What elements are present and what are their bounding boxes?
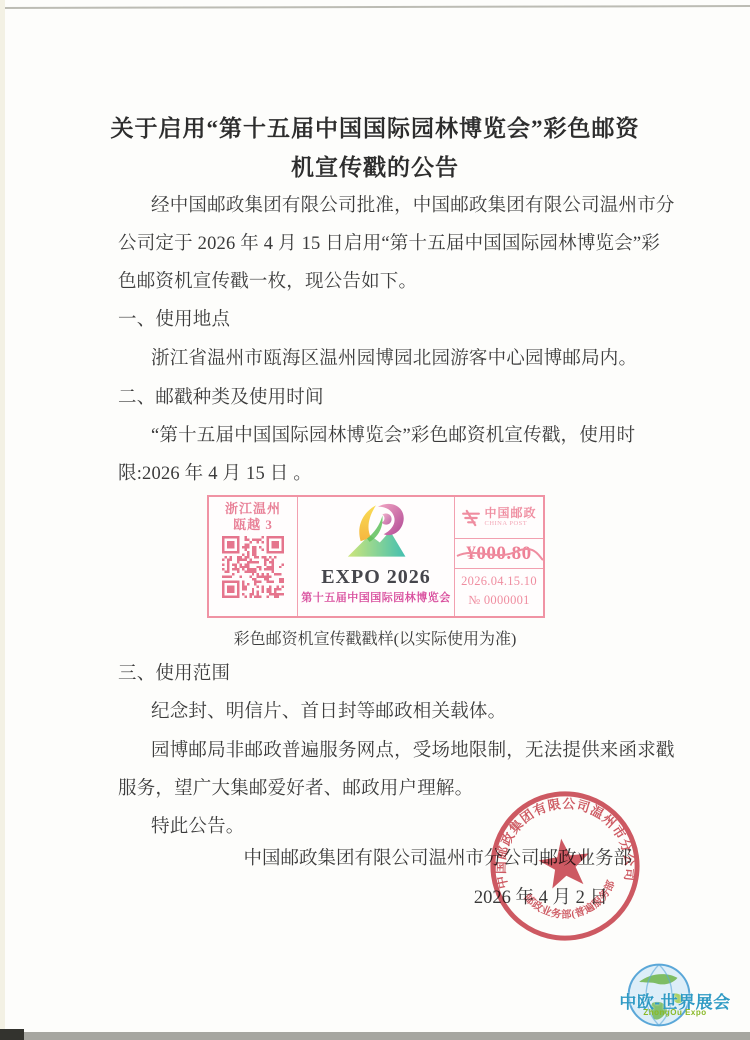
cancellation-scribble-icon [455,539,543,568]
watermark-logo: 中欧-世界展会 ZhongOu Expo [602,958,748,1036]
stamp-meter-block: 中国邮政 CHINA POST ¥000.80 2026.04.15.10 № … [455,497,543,616]
section3-heading: 三、使用范围 [118,662,638,686]
china-post-brand: 中国邮政 CHINA POST [455,497,543,539]
qr-code-icon [222,536,284,598]
stamp-region-line1: 浙江温州 [209,501,297,517]
section3-line: 园博邮局非邮政普遍服务网点，受场地限制，无法提供来函求戳 [118,739,671,763]
section3-line: 纪念封、明信片、首日封等邮政相关载体。 [118,700,671,724]
stamp-datetime: 2026.04.15.10 [455,569,543,589]
section3-line: 服务，望广大集邮爱好者、邮政用户理解。 [118,777,638,801]
stamp-expo-subtitle: 第十五届中国国际园林博览会 [298,589,454,605]
intro-line: 经中国邮政集团有限公司批准，中国邮政集团有限公司温州市分 [118,194,671,218]
scanned-announcement-page: 关于启用“第十五届中国国际园林博览会”彩色邮资 机宣传戳的公告 经中国邮政集团有… [0,0,750,1040]
signature-line: 中国邮政集团有限公司温州市分公司邮政业务部 [243,844,632,870]
stamp-expo-block: EXPO 2026 第十五届中国国际园林博览会 [297,497,455,616]
page-title: 关于启用“第十五届中国国际园林博览会”彩色邮资 [0,110,750,143]
page-title-line2: 机宣传戳的公告 [0,149,750,182]
section1-heading: 一、使用地点 [118,308,638,332]
section1-line: 浙江省温州市瓯海区温州园博园北园游客中心园博邮局内。 [118,347,671,371]
scan-corner-mark [0,1029,24,1040]
stamp-value-row: ¥000.80 [455,539,543,569]
china-post-en-label: CHINA POST [484,521,536,528]
stamp-caption: 彩色邮资机宣传戳戳样(以实际使用为准) [0,626,750,649]
scan-edge-top [0,5,750,9]
stamp-region-block: 浙江温州 瓯越 3 [209,497,297,616]
scan-edge-bottom [0,1032,750,1040]
postage-meter-stamp: 浙江温州 瓯越 3 [207,495,545,618]
china-post-emblem-icon [461,508,481,528]
section2-line: 限:2026 年 4 月 15 日 。 [118,462,638,486]
stamp-region-line2: 瓯越 3 [209,517,297,533]
china-post-cn-label: 中国邮政 [484,507,536,519]
intro-line: 公司定于 2026 年 4 月 15 日启用“第十五届中国国际园林博览会”彩 [118,232,638,256]
stamp-serial-number: № 0000001 [455,589,543,608]
closing-line: 特此公告。 [118,815,671,839]
intro-line: 色邮资机宣传戳一枚，现公告如下。 [118,270,638,294]
watermark-subtitle: ZhongOu Expo [602,1008,748,1017]
section2-heading: 二、邮戳种类及使用时间 [118,386,638,410]
stamp-expo-title: EXPO 2026 [298,566,454,589]
section2-line: “第十五届中国国际园林博览会”彩色邮资机宣传戳，使用时 [118,424,671,448]
document-date: 2026 年 4 月 2 日 [474,883,608,909]
expo-2026-logo-icon [316,499,436,563]
